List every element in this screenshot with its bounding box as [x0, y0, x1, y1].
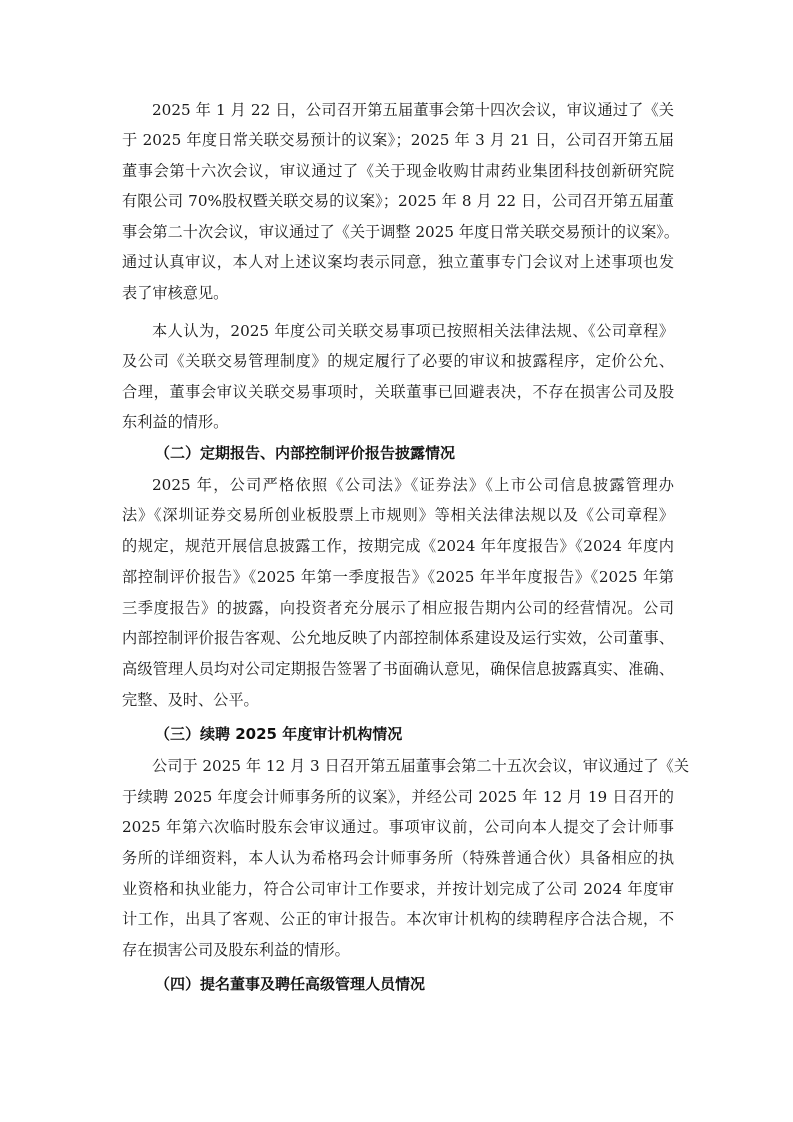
paragraph-3-line-2: 法》《深圳证券交易所创业板股票上市规则》等相关法律法规以及《公司章程》	[122, 504, 674, 526]
paragraph-3-line-4: 部控制评价报告》《2025 年第一季度报告》《2025 年半年度报告》《2025…	[122, 566, 674, 588]
paragraph-2-line-1: 本人认为，2025 年度公司关联交易事项已按照相关法律法规、《公司章程》	[152, 320, 674, 342]
paragraph-3-line-7: 高级管理人员均对公司定期报告签署了书面确认意见，确保信息披露真实、准确、	[122, 658, 674, 680]
paragraph-3-line-5: 三季度报告》的披露，向投资者充分展示了相应报告期内公司的经营情况。公司	[122, 597, 674, 619]
paragraph-3-line-6: 内部控制评价报告客观、公允地反映了内部控制体系建设及运行实效，公司董事、	[122, 627, 674, 649]
paragraph-3-line-3: 的规定，规范开展信息披露工作，按期完成《2024 年年度报告》《2024 年度内	[122, 535, 674, 557]
paragraph-3-line-1: 2025 年，公司严格依照《公司法》《证券法》《上市公司信息披露管理办	[152, 474, 674, 496]
section-heading-4: （四）提名董事及聘任高级管理人员情况	[155, 973, 425, 995]
paragraph-1-line-1: 2025 年 1 月 22 日，公司召开第五届董事会第十四次会议，审议通过了《关	[152, 99, 674, 121]
paragraph-2-line-2: 及公司《关联交易管理制度》的规定履行了必要的审议和披露程序，定价公允、	[122, 350, 674, 372]
paragraph-4-line-2: 于续聘 2025 年度会计师事务所的议案》，并经公司 2025 年 12 月 1…	[122, 786, 674, 808]
paragraph-1-line-4: 有限公司 70%股权暨关联交易的议案》；2025 年 8 月 22 日，公司召开…	[122, 190, 674, 212]
section-heading-2: （二）定期报告、内部控制评价报告披露情况	[155, 442, 455, 464]
paragraph-2-line-3: 合理，董事会审议关联交易事项时，关联董事已回避表决，不存在损害公司及股	[122, 381, 674, 403]
paragraph-1-line-3: 董事会第十六次会议，审议通过了《关于现金收购甘肃药业集团科技创新研究院	[122, 160, 674, 182]
paragraph-4-line-7: 存在损害公司及股东利益的情形。	[122, 939, 674, 961]
document-page: 2025 年 1 月 22 日，公司召开第五届董事会第十四次会议，审议通过了《关…	[0, 0, 793, 1122]
section-heading-3: （三）续聘 2025 年度审计机构情况	[155, 723, 402, 745]
paragraph-1-line-5: 事会第二十次会议，审议通过了《关于调整 2025 年度日常关联交易预计的议案》。	[122, 221, 674, 243]
paragraph-4-line-3: 2025 年第六次临时股东会审议通过。事项审议前，公司向本人提交了会计师事	[122, 816, 674, 838]
paragraph-1-line-7: 表了审核意见。	[122, 282, 674, 304]
paragraph-4-line-5: 业资格和执业能力，符合公司审计工作要求，并按计划完成了公司 2024 年度审	[122, 878, 674, 900]
paragraph-4-line-6: 计工作，出具了客观、公正的审计报告。本次审计机构的续聘程序合法合规，不	[122, 908, 674, 930]
paragraph-4-line-4: 务所的详细资料，本人认为希格玛会计师事务所（特殊普通合伙）具备相应的执	[122, 847, 674, 869]
paragraph-3-line-8: 完整、及时、公平。	[122, 689, 674, 711]
paragraph-2-line-4: 东利益的情形。	[122, 411, 674, 433]
paragraph-1-line-6: 通过认真审议，本人对上述议案均表示同意，独立董事专门会议对上述事项也发	[122, 251, 674, 273]
paragraph-1-line-2: 于 2025 年度日常关联交易预计的议案》；2025 年 3 月 21 日，公司…	[122, 129, 674, 151]
paragraph-4-line-1: 公司于 2025 年 12 月 3 日召开第五届董事会第二十五次会议，审议通过了…	[152, 755, 674, 777]
